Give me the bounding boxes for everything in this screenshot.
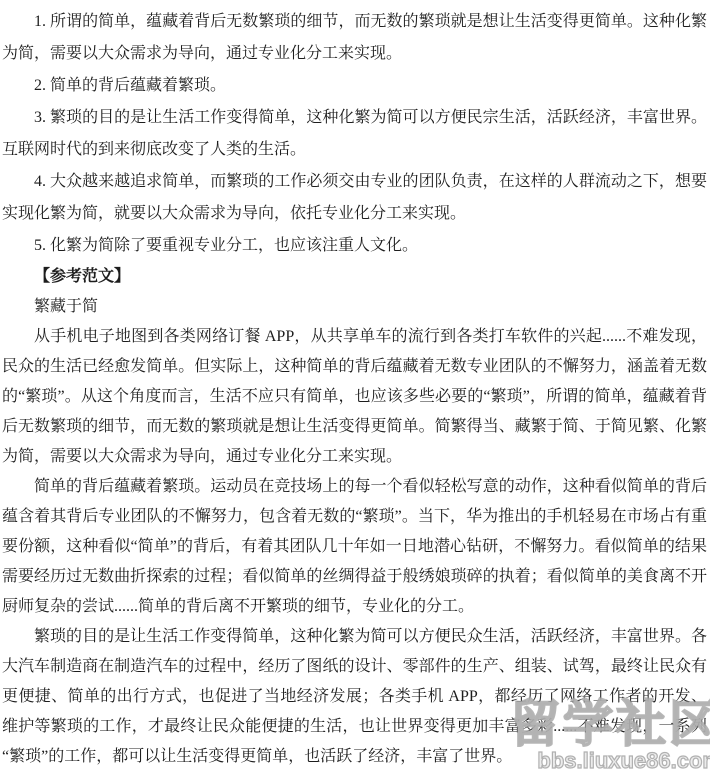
essay-paragraph: 从手机电子地图到各类网络订餐 APP，从共享单车的流行到各类打车软件的兴起...… — [2, 322, 707, 472]
answer-point-2: 2. 简单的背后蕴藏着繁琐。 — [2, 70, 707, 102]
answer-point-1: 1. 所谓的简单，蕴藏着背后无数繁琐的细节，而无数的繁琐就是想让生活变得更简单。… — [2, 6, 707, 70]
answer-point-5: 5. 化繁为简除了要重视专业分工，也应该注重人文化。 — [2, 230, 707, 262]
reference-essay-header: 【参考范文】 — [2, 262, 707, 292]
answer-point-3: 3. 繁琐的目的是让生活工作变得简单，这种化繁为简可以方便民宗生活，活跃经济，丰… — [2, 102, 707, 166]
answer-point-4: 4. 大众越来越追求简单，而繁琐的工作必须交由专业的团队负责，在这样的人群流动之… — [2, 166, 707, 230]
essay-paragraph: 简单的背后蕴藏着繁琐。运动员在竞技场上的每一个看似轻松写意的动作，这种看似简单的… — [2, 472, 707, 622]
essay-title: 繁藏于简 — [2, 292, 707, 322]
answer-key-section: 1. 所谓的简单，蕴藏着背后无数繁琐的细节，而无数的繁琐就是想让生活变得更简单。… — [0, 0, 710, 262]
essay-paragraph: 繁琐的目的是让生活工作变得简单，这种化繁为简可以方便民众生活，活跃经济，丰富世界… — [2, 622, 707, 772]
document-page: 1. 所谓的简单，蕴藏着背后无数繁琐的细节，而无数的繁琐就是想让生活变得更简单。… — [0, 0, 710, 780]
reference-essay-section: 【参考范文】 繁藏于简 从手机电子地图到各类网络订餐 APP，从共享单车的流行到… — [0, 262, 710, 772]
